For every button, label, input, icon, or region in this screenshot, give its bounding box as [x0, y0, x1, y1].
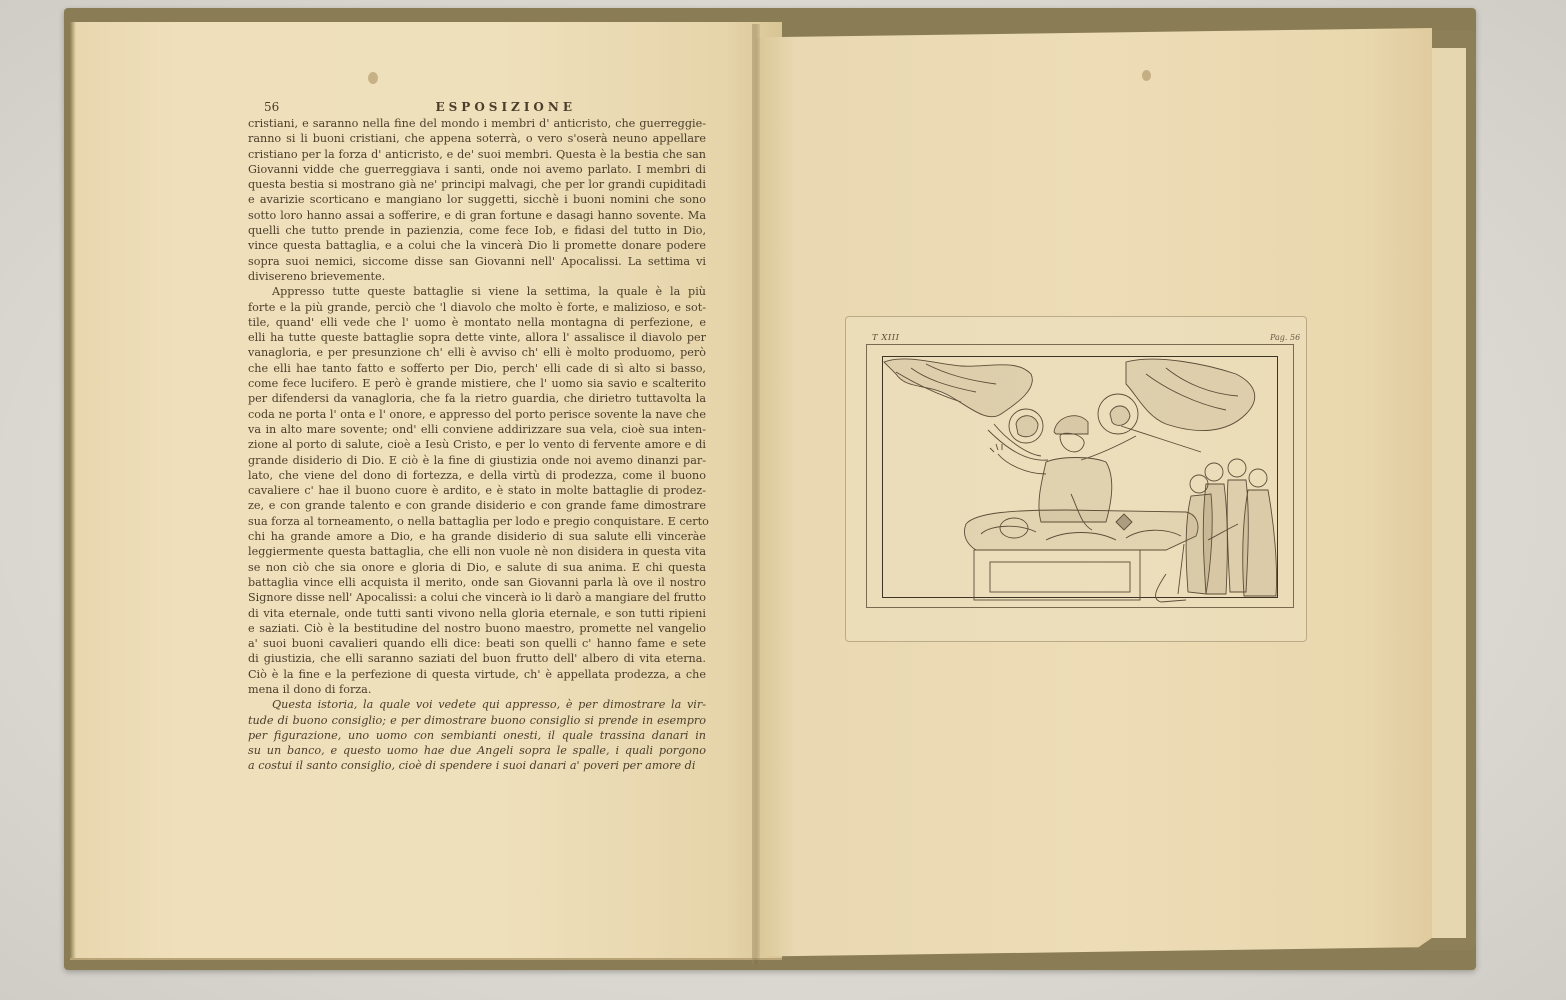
text-line: chi ha grande amore a Dio, e ha grande d… [248, 529, 706, 544]
text-line: sotto loro hanno assai a sofferire, e di… [248, 208, 706, 223]
text-line: Signore disse nell' Apocalissi: a colui … [248, 590, 706, 605]
text-line: e saziati. Ciò è la bestitudine del nost… [248, 621, 706, 636]
paragraph: Questa istoria, la quale voi vedete qui … [248, 697, 706, 773]
text-line: vanagloria, e per presunzione ch' elli è… [248, 345, 706, 360]
text-line: battaglia vince elli acquista il merito,… [248, 575, 706, 590]
text-line: cristiano per la forza d' anticristo, e … [248, 147, 706, 162]
page-number: 56 [248, 100, 279, 115]
text-line: che elli hae tanto fatto e sofferto per … [248, 361, 706, 376]
body-text: cristiani, e saranno nella fine del mond… [248, 116, 706, 774]
text-line: di vita eternale, onde tutti santi vivon… [248, 606, 706, 621]
engraving-illustration [866, 344, 1292, 606]
text-line: su un banco, e questo uomo hae due Angel… [248, 743, 706, 758]
running-head: 56 ESPOSIZIONE [248, 100, 706, 116]
text-line: cavaliere c' hae il buono cuore è ardito… [248, 483, 706, 498]
text-line: sua forza al torneamento, o nella battag… [248, 514, 706, 529]
text-line: se non ciò che sia onore e gloria di Dio… [248, 560, 706, 575]
text-line: lato, che viene del dono di fortezza, e … [248, 468, 706, 483]
text-line: Giovanni vidde che guerreggiava i santi,… [248, 162, 706, 177]
text-line: sopra suoi nemici, siccome disse san Gio… [248, 254, 706, 269]
plate-page-ref: Pag. 56 [1270, 333, 1300, 342]
text-line: Ciò è la fine e la perfezione di questa … [248, 667, 706, 682]
text-line: questa bestia si mostrano già ne' princi… [248, 177, 706, 192]
text-line: quelli che tutto prende in pazienzia, co… [248, 223, 706, 238]
text-line: cristiani, e saranno nella fine del mond… [248, 116, 706, 131]
text-line: come fece lucifero. E però è grande mist… [248, 376, 706, 391]
text-line: tile, quand' elli vede che l' uomo è mon… [248, 315, 706, 330]
text-line: zione al porto di salute, cioè a Iesù Cr… [248, 437, 706, 452]
foxing-spot [1142, 70, 1151, 81]
text-line: per figurazione, uno uomo con sembianti … [248, 728, 706, 743]
text-line: Appresso tutte queste battaglie si viene… [248, 284, 706, 299]
text-line: forte e la più grande, perciò che 'l dia… [248, 300, 706, 315]
text-line: coda ne porta l' onta e l' onore, e appr… [248, 407, 706, 422]
plate-number: T XIII [872, 333, 900, 343]
text-line: leggiermente questa battaglia, che elli … [248, 544, 706, 559]
text-line: elli ha tutte queste battaglie sopra det… [248, 330, 706, 345]
paragraph: cristiani, e saranno nella fine del mond… [248, 116, 706, 284]
text-line: divisereno brievemente. [248, 269, 706, 284]
text-line: e avarizie scorticano e mangiano lor sug… [248, 192, 706, 207]
text-line: di giustizia, che elli saranno saziati d… [248, 651, 706, 666]
left-page-text: 56 ESPOSIZIONE cristiani, e saranno nell… [248, 100, 706, 774]
text-line: a costui il santo consiglio, cioè di spe… [248, 758, 706, 773]
book-gutter [752, 24, 760, 964]
text-line: grande disiderio di Dio. E ciò è la fine… [248, 453, 706, 468]
text-line: vince questa battaglia, e a colui che la… [248, 238, 706, 253]
text-line: mena il dono di forza. [248, 682, 706, 697]
paragraph: Appresso tutte queste battaglie si viene… [248, 284, 706, 697]
text-line: Questa istoria, la quale voi vedete qui … [248, 697, 706, 712]
text-line: va in alto mare sovente; ond' elli convi… [248, 422, 706, 437]
text-line: a' suoi buoni cavalieri quando elli dice… [248, 636, 706, 651]
foxing-spot [368, 72, 378, 84]
text-line: per difendersi da vanagloria, che fa la … [248, 391, 706, 406]
text-line: ze, e con grande talento e con grande di… [248, 498, 706, 513]
text-line: tude di buono consiglio; e per dimostrar… [248, 713, 706, 728]
running-title: ESPOSIZIONE [435, 100, 576, 115]
text-line: ranno si li buoni cristiani, che appena … [248, 131, 706, 146]
